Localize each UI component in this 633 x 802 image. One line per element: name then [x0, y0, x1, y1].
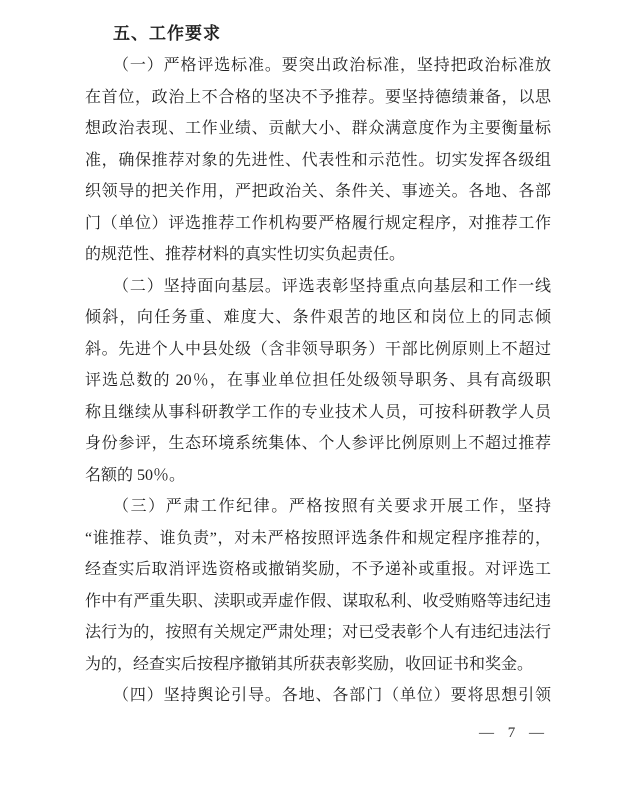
text-line: 身份参评，生态环境系统集体、个人参评比例原则上不超过推荐: [85, 428, 551, 460]
text-line: （三）严肃工作纪律。严格按照有关要求开展工作，坚持: [85, 491, 551, 523]
paragraph: （四）坚持舆论引导。各地、各部门（单位）要将思想引领: [85, 680, 551, 712]
text-line: 门（单位）评选推荐工作机构要严格履行规定程序，对推荐工作: [85, 208, 551, 240]
text-line: 想政治表现、工作业绩、贡献大小、群众满意度作为主要衡量标: [85, 113, 551, 145]
text-line: 在首位，政治上不合格的坚决不予推荐。要坚持德绩兼备，以思: [85, 82, 551, 114]
document-content: 五、工作要求 （一）严格评选标准。要突出政治标准，坚持把政治标准放在首位，政治上…: [85, 17, 551, 712]
text-line: “谁推荐、谁负责”，对未严格按照评选条件和规定程序推荐的，: [85, 523, 551, 555]
text-line: 名额的 50％。: [85, 460, 551, 492]
text-line: 评选总数的 20％，在事业单位担任处级领导职务、具有高级职: [85, 365, 551, 397]
text-line: 准，确保推荐对象的先进性、代表性和示范性。切实发挥各级组: [85, 145, 551, 177]
document-page: 五、工作要求 （一）严格评选标准。要突出政治标准，坚持把政治标准放在首位，政治上…: [0, 0, 633, 802]
paragraph: （二）坚持面向基层。评选表彰坚持重点向基层和工作一线倾斜，向任务重、难度大、条件…: [85, 271, 551, 492]
text-line: 法行为的，按照有关规定严肃处理；对已受表彰个人有违纪违法行: [85, 617, 551, 649]
text-line: 为的，经查实后按程序撤销其所获表彰奖励，收回证书和奖金。: [85, 649, 551, 681]
text-line: 织领导的把关作用，严把政治关、条件关、事迹关。各地、各部: [85, 176, 551, 208]
page-number: — 7 —: [479, 723, 545, 743]
text-line: （四）坚持舆论引导。各地、各部门（单位）要将思想引领: [85, 680, 551, 712]
paragraph: （一）严格评选标准。要突出政治标准，坚持把政治标准放在首位，政治上不合格的坚决不…: [85, 50, 551, 271]
text-line: 的规范性、推荐材料的真实性切实负起责任。: [85, 239, 551, 271]
text-line: 斜。先进个人中县处级（含非领导职务）干部比例原则上不超过: [85, 334, 551, 366]
paragraph: （三）严肃工作纪律。严格按照有关要求开展工作，坚持“谁推荐、谁负责”，对未严格按…: [85, 491, 551, 680]
text-line: 倾斜，向任务重、难度大、条件艰苦的地区和岗位上的同志倾: [85, 302, 551, 334]
text-line: （一）严格评选标准。要突出政治标准，坚持把政治标准放: [85, 50, 551, 82]
section-heading: 五、工作要求: [85, 17, 551, 50]
text-line: 作中有严重失职、渎职或弄虚作假、谋取私利、收受贿赂等违纪违: [85, 586, 551, 618]
text-line: （二）坚持面向基层。评选表彰坚持重点向基层和工作一线: [85, 271, 551, 303]
text-line: 称且继续从事科研教学工作的专业技术人员，可按科研教学人员: [85, 397, 551, 429]
text-line: 经查实后取消评选资格或撤销奖励，不予递补或重报。对评选工: [85, 554, 551, 586]
document-body: （一）严格评选标准。要突出政治标准，坚持把政治标准放在首位，政治上不合格的坚决不…: [85, 50, 551, 712]
